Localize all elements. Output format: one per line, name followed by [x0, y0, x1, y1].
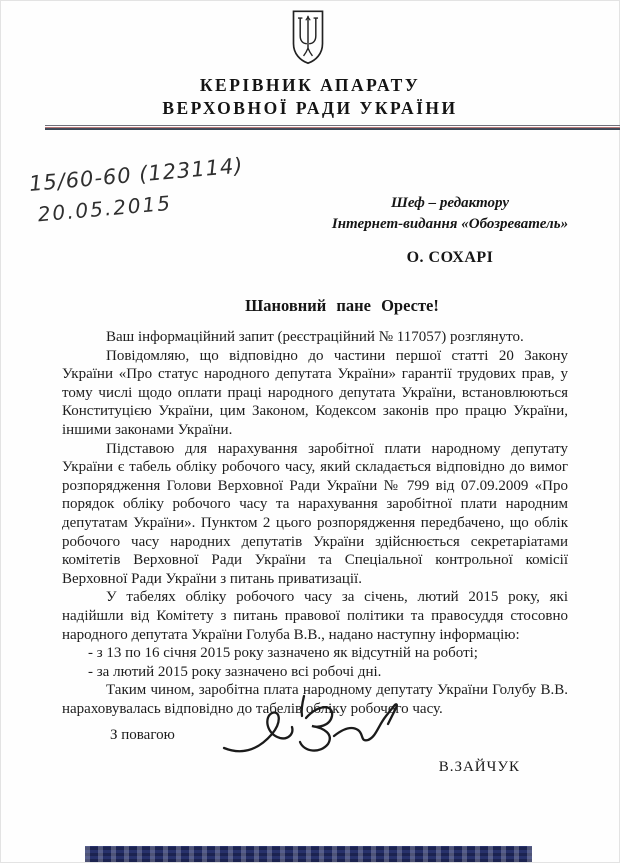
recipient-line2: Інтернет-видання «Обозреватель» — [320, 214, 580, 235]
handwritten-registration: 15/60-60 (123114) 20.05.2015 — [28, 152, 262, 227]
handwritten-signature — [218, 690, 410, 770]
body-paragraph-1: Ваш інформаційний запит (реєстраційний №… — [62, 328, 568, 347]
letterhead-title-line1: КЕРІВНИК АПАРАТУ — [0, 74, 620, 97]
body-paragraph-3: Підставою для нарахування заробітної пла… — [62, 440, 568, 589]
closing-regards: З повагою — [110, 727, 175, 744]
signer-name: В.ЗАЙЧУК — [370, 759, 520, 776]
body-paragraph-4: У табелях обліку робочого часу за січень… — [62, 588, 568, 644]
letterhead-title-line2: ВЕРХОВНОЇ РАДИ УКРАЇНИ — [0, 97, 620, 120]
body-list-item-1: - з 13 по 16 січня 2015 року зазначено я… — [62, 644, 568, 663]
footer-scan-bar — [85, 846, 532, 862]
recipient-name: О. СОХАРІ — [320, 247, 580, 268]
letterhead-title: КЕРІВНИК АПАРАТУ ВЕРХОВНОЇ РАДИ УКРАЇНИ — [0, 74, 620, 120]
recipient-line1: Шеф – редактору — [320, 193, 580, 214]
scanned-letter-page: КЕРІВНИК АПАРАТУ ВЕРХОВНОЇ РАДИ УКРАЇНИ … — [0, 0, 620, 863]
letterhead-divider-rule — [45, 125, 620, 132]
body-paragraph-2: Повідомляю, що відповідно до частини пер… — [62, 347, 568, 440]
letter-body: Ваш інформаційний запит (реєстраційний №… — [62, 328, 568, 718]
ukraine-trident-emblem-icon — [290, 8, 326, 66]
recipient-block: Шеф – редактору Інтернет-видання «Обозре… — [320, 193, 580, 268]
salutation: Шановний пане Оресте! — [62, 296, 620, 316]
body-list-item-2: - за лютий 2015 року зазначено всі робоч… — [62, 663, 568, 682]
